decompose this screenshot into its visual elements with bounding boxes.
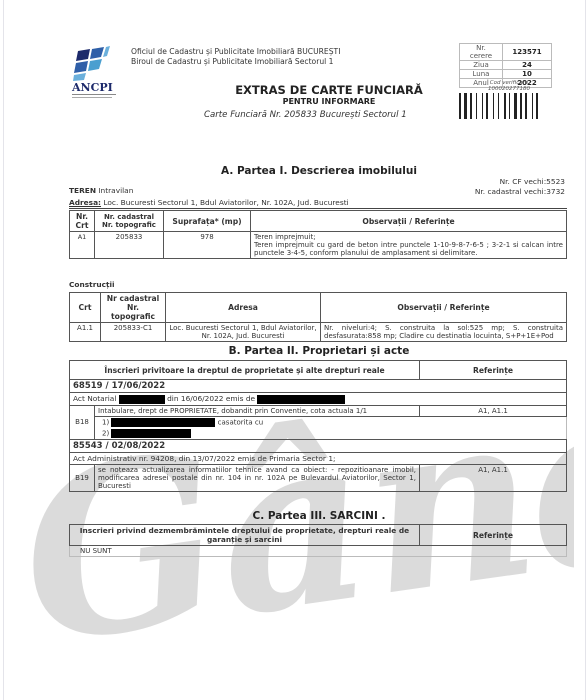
- act-mid: din 16/06/2022 emis de: [167, 394, 255, 403]
- part-a-title: A. Partea I. Descrierea imobilului: [69, 165, 569, 177]
- col-observatii: Observații / Referințe: [321, 293, 567, 323]
- barcode-icon: [459, 93, 559, 119]
- barcode-bar: [511, 93, 513, 119]
- cadastral-vechi: Nr. cadastral vechi:3732: [475, 187, 565, 197]
- cell-observatii: Teren imprejmuit; Teren imprejmuit cu ga…: [251, 232, 567, 259]
- verification-code-value: 100020277180: [459, 86, 559, 92]
- entry-code: B19: [70, 464, 95, 491]
- cell-crt: A1: [70, 232, 95, 259]
- barcode-bar: [536, 93, 538, 119]
- sarcini-table: Inscrieri privind dezmembrămintele drept…: [69, 524, 567, 557]
- barcode-bar: [504, 93, 506, 119]
- table-row: B19 se noteaza actualizarea informatiilo…: [70, 464, 567, 491]
- request-value: 24: [503, 61, 552, 70]
- ancpi-logo: ANCPI: [70, 45, 130, 100]
- table-row: NU SUNT: [70, 546, 567, 557]
- request-row: Ziua 24: [460, 61, 552, 70]
- cell-suprafata: 978: [164, 232, 251, 259]
- obs-line: Teren imprejmuit cu gard de beton intre …: [254, 241, 563, 257]
- table-row: A1 205833 978 Teren imprejmuit; Teren im…: [70, 232, 567, 259]
- barcode-bar: [468, 93, 469, 119]
- request-row: Nr. cerere 123571: [460, 44, 552, 61]
- request-label: Nr. cerere: [460, 44, 503, 61]
- svg-text:ANCPI: ANCPI: [71, 81, 113, 94]
- table-row: A1.1 205833-C1 Loc. Bucuresti Sectorul 1…: [70, 323, 567, 342]
- act-prefix: Act Notarial: [73, 394, 116, 403]
- office-line-1: Oficiul de Cadastru și Publicitate Imobi…: [131, 47, 340, 57]
- col-observatii: Observații / Referințe: [251, 211, 567, 232]
- verification-code: Cod verificare 100020277180: [459, 80, 559, 92]
- entry-number: 85543 / 02/08/2022: [70, 439, 567, 452]
- address-label: Adresa:: [69, 198, 101, 207]
- owner-index: 1): [102, 418, 109, 426]
- address-line: Adresa: Loc. Bucuresti Sectorul 1, Bdul …: [69, 198, 567, 209]
- entry-refs: A1, A1.1: [420, 464, 567, 491]
- barcode-bar: [523, 93, 524, 119]
- owner-1: 1) casatorita cu: [102, 418, 563, 427]
- barcode-bar: [514, 93, 517, 119]
- document-subtitle: PENTRU INFORMARE: [209, 97, 449, 106]
- request-value: 10: [503, 70, 552, 79]
- request-label: Luna: [460, 70, 503, 79]
- redacted-block: [111, 418, 215, 427]
- redacted-block: [257, 395, 345, 404]
- owner-suffix: casatorita cu: [218, 418, 263, 426]
- col-nr-crt: Nr. Crt: [70, 211, 95, 232]
- barcode-bar: [509, 93, 510, 119]
- part-c-title: C. Partea III. SARCINI .: [69, 510, 569, 522]
- barcode-bar: [528, 93, 531, 119]
- ownership-table: Înscrieri privitoare la dreptul de propr…: [69, 360, 567, 492]
- teren-label: TEREN: [69, 186, 96, 195]
- barcode-bar: [486, 93, 488, 119]
- barcode-bar: [493, 93, 494, 119]
- barcode-bar: [498, 93, 499, 119]
- entry-text: se noteaza actualizarea informatiilor te…: [95, 464, 420, 491]
- cell-cadastral: 205833-C1: [101, 323, 166, 342]
- cf-vechi: Nr. CF vechi:5523: [475, 177, 565, 187]
- barcode-bar: [500, 93, 503, 119]
- barcode-bar: [462, 93, 463, 119]
- constructions-table: Crt Nr cadastral Nr. topografic Adresa O…: [69, 292, 567, 342]
- col-inscrieri: Înscrieri privitoare la dreptul de propr…: [70, 361, 420, 380]
- barcode-bar: [539, 93, 540, 119]
- barcode-bar: [489, 93, 492, 119]
- cell-cadastral: 205833: [95, 232, 164, 259]
- barcode-bar: [473, 93, 475, 119]
- barcode-bar: [470, 93, 472, 119]
- col-adresa: Adresa: [166, 293, 321, 323]
- barcode-bar: [478, 93, 481, 119]
- constructions-table-header: Crt Nr cadastral Nr. topografic Adresa O…: [70, 293, 567, 323]
- act-row: Act Administrativ nr. 94208, din 13/07/2…: [70, 452, 567, 464]
- col-nr-cadastral: Nr cadastral Nr. topografic: [101, 293, 166, 323]
- office-line-2: Biroul de Cadastru și Publicitate Imobil…: [131, 57, 340, 67]
- request-value: 123571: [503, 44, 552, 61]
- sarcini-table-header: Inscrieri privind dezmembrămintele drept…: [70, 525, 567, 546]
- address-value: Loc. Bucuresti Sectorul 1, Bdul Aviatori…: [103, 198, 348, 207]
- barcode-bar: [520, 93, 522, 119]
- col-nr-cadastral: Nr. cadastral Nr. topografic: [95, 211, 164, 232]
- act-line: Act Notarial din 16/06/2022 emis de: [70, 393, 567, 406]
- entry-text: Intabulare, drept de PROPRIETATE, doband…: [95, 405, 420, 416]
- barcode-bar: [482, 93, 483, 119]
- ownership-table-header: Înscrieri privitoare la dreptul de propr…: [70, 361, 567, 380]
- land-table-header: Nr. Crt Nr. cadastral Nr. topografic Sup…: [70, 211, 567, 232]
- col-inscrieri-sarcini: Inscrieri privind dezmembrămintele drept…: [70, 525, 420, 546]
- document-page: Gândul. ANCPI Oficiul de Cadastru și Pub…: [3, 0, 586, 700]
- teren-line: TEREN Intravilan: [69, 186, 133, 195]
- col-referinte: Referințe: [420, 361, 567, 380]
- barcode-bar: [484, 93, 485, 119]
- owners-list: 1) casatorita cu 2): [95, 416, 567, 439]
- entry-number-row: 68519 / 17/06/2022: [70, 380, 567, 393]
- entry-number: 68519 / 17/06/2022: [70, 380, 567, 393]
- owner-index: 2): [102, 429, 109, 437]
- redacted-block: [111, 429, 191, 438]
- barcode-bar: [459, 93, 461, 119]
- barcode-bar: [534, 93, 535, 119]
- barcode-bar: [464, 93, 467, 119]
- sarcini-value: NU SUNT: [70, 546, 567, 557]
- barcode-bar: [495, 93, 497, 119]
- old-numbers: Nr. CF vechi:5523 Nr. cadastral vechi:37…: [475, 177, 565, 197]
- col-crt: Crt: [70, 293, 101, 323]
- office-header: Oficiul de Cadastru și Publicitate Imobi…: [131, 47, 340, 67]
- request-row: Luna 10: [460, 70, 552, 79]
- barcode-bar: [518, 93, 519, 119]
- entry-number-row: 85543 / 02/08/2022: [70, 439, 567, 452]
- cell-observatii: Nr. niveluri:4; S. construita la sol:525…: [321, 323, 567, 342]
- constructii-label: Construcții: [69, 280, 115, 289]
- ancpi-logo-icon: ANCPI: [70, 45, 130, 100]
- col-suprafata: Suprafața* (mp): [164, 211, 251, 232]
- carte-funciara-number: Carte Funciară Nr. 205833 București Sect…: [204, 110, 407, 120]
- entry-refs: A1, A1.1: [420, 405, 567, 416]
- part-b-title: B. Partea II. Proprietari și acte: [69, 345, 569, 357]
- table-row: B18 Intabulare, drept de PROPRIETATE, do…: [70, 405, 567, 416]
- cell-crt: A1.1: [70, 323, 101, 342]
- barcode-bar: [532, 93, 533, 119]
- entry-code: B18: [70, 405, 95, 439]
- land-table: Nr. Crt Nr. cadastral Nr. topografic Sup…: [69, 210, 567, 259]
- owners-row: 1) casatorita cu 2): [70, 416, 567, 439]
- cell-adresa: Loc. Bucuresti Sectorul 1, Bdul Aviatori…: [166, 323, 321, 342]
- owner-2: 2): [102, 429, 563, 438]
- obs-line: Teren imprejmuit;: [254, 233, 563, 241]
- barcode-bar: [525, 93, 527, 119]
- act-row: Act Notarial din 16/06/2022 emis de: [70, 393, 567, 406]
- barcode-bar: [507, 93, 508, 119]
- redacted-block: [119, 395, 165, 404]
- document-title: EXTRAS DE CARTE FUNCIARĂ: [209, 83, 449, 97]
- col-referinte: Referințe: [420, 525, 567, 546]
- act-line: Act Administrativ nr. 94208, din 13/07/2…: [70, 452, 567, 464]
- barcode-bar: [476, 93, 477, 119]
- request-label: Ziua: [460, 61, 503, 70]
- teren-type: Intravilan: [98, 186, 133, 195]
